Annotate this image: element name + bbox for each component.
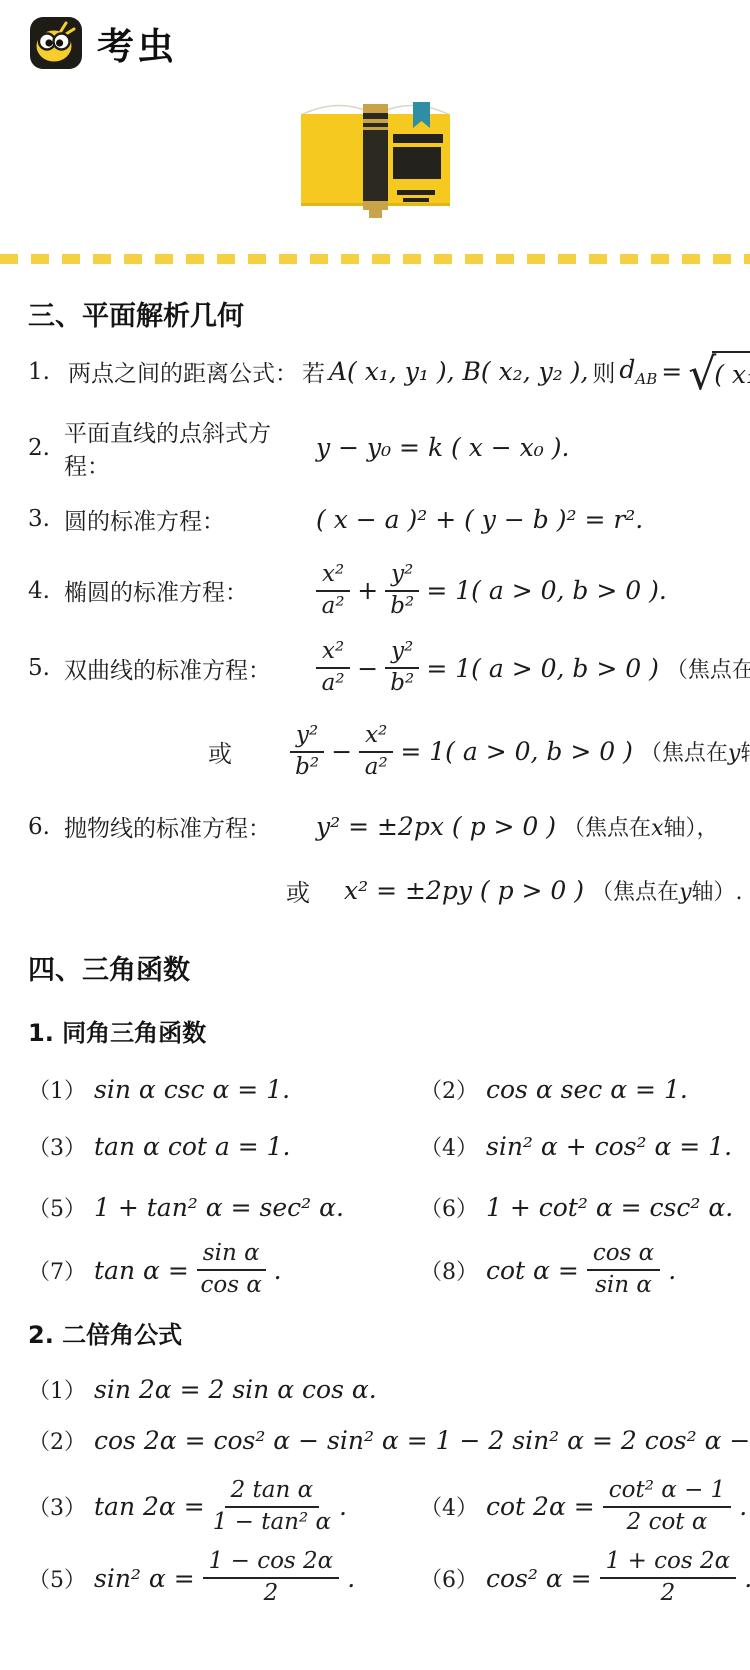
item-label: 双曲线的标准方程： [64, 652, 316, 685]
trig-formula: （7） tan α = sin αcos α . [28, 1241, 420, 1299]
formula-rest: = 1( a > 0, b > 0 ) [400, 737, 633, 766]
or-label: 或 [286, 873, 310, 908]
fraction: y²b² [290, 723, 324, 781]
fraction: x²a² [359, 723, 393, 781]
fraction: 2 tan α1 − tan² α [213, 1478, 331, 1536]
section-title-geometry: 三、平面解析几何 [28, 294, 722, 333]
section-title-trig: 四、三角函数 [28, 948, 722, 987]
subsection-title-double-angle: 2. 二倍角公式 [28, 1315, 722, 1350]
bug-face-icon [30, 17, 82, 69]
trig-row: （3） tan α cot a = 1. （4） sin² α + cos² α… [28, 1131, 722, 1162]
item-label: 平面直线的点斜式方程： [64, 415, 316, 481]
formula: ( x − a )² + ( y − b )² = r². [316, 505, 643, 534]
fraction: cos αsin α [587, 1241, 660, 1299]
trig-formula: （4） sin² α + cos² α = 1. [420, 1131, 732, 1162]
kaochong-logo-icon [30, 17, 82, 69]
formula: x²a² − y²b² = 1( a > 0, b > 0 ) （焦点在x轴）， [316, 639, 750, 697]
item-then-text: 则 [592, 355, 615, 388]
trig-row: （7） tan α = sin αcos α . （8） cot α = cos… [28, 1241, 722, 1299]
item-number: 2. [28, 435, 64, 461]
trig-formula: （2） cos α sec α = 1. [420, 1074, 722, 1105]
formula: x² = ±2py ( p > 0 ) （焦点在y轴）. [344, 875, 743, 906]
radical-icon: √ [688, 354, 716, 396]
trig-formula: （2） cos 2α = cos² α − sin² α = 1 − 2 sin… [28, 1425, 722, 1456]
formula-rest: = 1( a > 0, b > 0 ) [426, 654, 659, 683]
trig-row: （3） tan 2α = 2 tan α1 − tan² α . （4） cot… [28, 1478, 722, 1536]
trig-formula: （5） sin² α = 1 − cos 2α2 . [28, 1549, 420, 1607]
focus-note: （焦点在y轴）. [591, 875, 742, 906]
item-number: 4. [28, 578, 64, 604]
formula-item-point-slope: 2. 平面直线的点斜式方程： y − y₀ = k ( x − x₀ ). [28, 415, 722, 481]
fraction: x²a² [316, 562, 350, 620]
formula-item-hyperbola-alt: 或 y²b² − x²a² = 1( a > 0, b > 0 ) （焦点在y轴… [28, 723, 722, 781]
trig-formula: （8） cot α = cos αsin α . [420, 1241, 722, 1299]
formula-rest: = 1( a > 0, b > 0 ). [426, 576, 666, 605]
radicand: ( x₁ − x₂ )² + ( y₁ − y₂ )² [712, 351, 750, 389]
item-number: 3. [28, 506, 64, 532]
content: 三、平面解析几何 1. 两点之间的距离公式： 若 A( x₁, y₁ ), B(… [0, 294, 750, 1607]
open-book-illustration [0, 92, 750, 220]
formula-item-parabola-alt: 或 x² = ±2py ( p > 0 ) （焦点在y轴）. [28, 873, 722, 908]
or-label: 或 [208, 734, 232, 769]
trig-row: （5） sin² α = 1 − cos 2α2 . （6） cos² α = … [28, 1549, 722, 1607]
equals-sign: = [661, 357, 682, 386]
fraction: cot² α − 12 cot α [603, 1478, 732, 1536]
trig-formula: （6） cos² α = 1 + cos 2α2 . [420, 1549, 750, 1607]
formula: y − y₀ = k ( x − x₀ ). [316, 433, 569, 462]
item-label: 抛物线的标准方程： [64, 810, 316, 843]
operator: − [357, 654, 378, 683]
formula: x²a² + y²b² = 1( a > 0, b > 0 ). [316, 562, 667, 620]
trig-formula: （3） tan 2α = 2 tan α1 − tan² α . [28, 1478, 420, 1536]
focus-note: （焦点在y轴）. [640, 736, 750, 767]
trig-formula: （5） 1 + tan² α = sec² α. [28, 1192, 420, 1223]
item-label: 两点之间的距离公式： [68, 355, 298, 388]
formula: y²b² − x²a² = 1( a > 0, b > 0 ) （焦点在y轴）. [290, 723, 750, 781]
formula: y² = ±2px ( p > 0 ) （焦点在x轴）， [316, 811, 719, 842]
operator: + [357, 576, 378, 605]
distance-variable: dAB [619, 355, 657, 388]
item-number: 1. [28, 359, 64, 385]
trig-formula: （4） cot 2α = cot² α − 12 cot α . [420, 1478, 747, 1536]
trig-row: （5） 1 + tan² α = sec² α. （6） 1 + cot² α … [28, 1192, 722, 1223]
square-root: √ ( x₁ − x₂ )² + ( y₁ − y₂ )² [688, 351, 750, 393]
trig-formula: （1） sin 2α = 2 sin α cos α. [28, 1374, 722, 1405]
points-expression: A( x₁, y₁ ), B( x₂, y₂ ), [329, 357, 588, 386]
item-number: 6. [28, 814, 64, 840]
formula-item-circle: 3. 圆的标准方程： ( x − a )² + ( y − b )² = r². [28, 503, 722, 536]
dashed-divider [0, 254, 750, 264]
trig-formula: （1） sin α csc α = 1. [28, 1074, 420, 1105]
fraction: y²b² [385, 562, 419, 620]
formula-sheet-page: 考虫 三、平面解析几何 1. 两点之间 [0, 0, 750, 1670]
operator: − [331, 737, 352, 766]
fraction: y²b² [385, 639, 419, 697]
fraction: 1 + cos 2α2 [600, 1549, 737, 1607]
focus-note: （焦点在x轴）， [563, 811, 718, 842]
item-label: 圆的标准方程： [64, 503, 316, 536]
trig-formula: （6） 1 + cot² α = csc² α. [420, 1192, 733, 1223]
formula-item-parabola: 6. 抛物线的标准方程： y² = ±2px ( p > 0 ) （焦点在x轴）… [28, 810, 722, 843]
formula-item-ellipse: 4. 椭圆的标准方程： x²a² + y²b² = 1( a > 0, b > … [28, 562, 722, 620]
trig-row: （1） sin α csc α = 1. （2） cos α sec α = 1… [28, 1074, 722, 1105]
item-pre-text: 若 [302, 355, 325, 388]
fraction: sin αcos α [197, 1241, 266, 1299]
open-book-icon [293, 92, 458, 220]
fraction: x²a² [316, 639, 350, 697]
item-label: 椭圆的标准方程： [64, 574, 316, 607]
brand-header: 考虫 [0, 0, 750, 70]
focus-note: （焦点在x轴）， [666, 653, 750, 684]
formula-item-hyperbola: 5. 双曲线的标准方程： x²a² − y²b² = 1( a > 0, b >… [28, 639, 722, 697]
item-number: 5. [28, 655, 64, 681]
trig-formula: （3） tan α cot a = 1. [28, 1131, 420, 1162]
subsection-title-same-angle: 1. 同角三角函数 [28, 1013, 722, 1048]
brand-name: 考虫 [97, 16, 177, 70]
formula-item-distance: 1. 两点之间的距离公式： 若 A( x₁, y₁ ), B( x₂, y₂ )… [28, 351, 722, 393]
fraction: 1 − cos 2α2 [203, 1549, 340, 1607]
